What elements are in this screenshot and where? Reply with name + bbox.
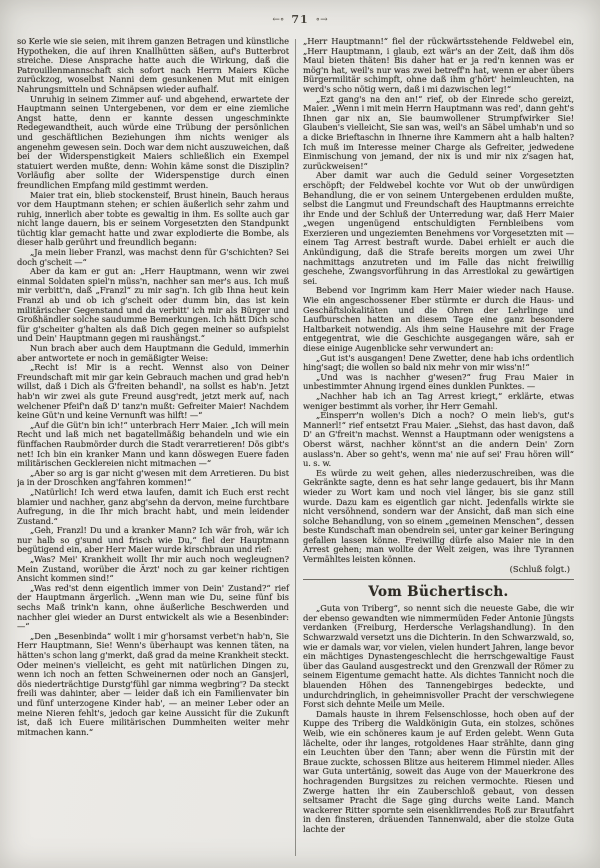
paragraph: so Kerle wie sie seien, mit ihrem ganzen… <box>17 37 289 95</box>
paragraph: „Einsperr'n wollen's Dich a noch? O mein… <box>303 411 574 469</box>
paragraph: „Auf die Güt'n bin ich!“ unterbrach Herr… <box>17 421 289 469</box>
paragraph: „Den „Besenbinda“ wollt i mir g'horsamst… <box>17 632 289 738</box>
text-columns: so Kerle wie sie seien, mit ihrem ganzen… <box>17 37 586 858</box>
paragraph: „Ja mein lieber Franzl, was machst denn … <box>17 248 289 267</box>
left-ornament-icon: ←∘ <box>265 15 291 25</box>
paragraph: „Was? Mei' Krankheit wollt Ihr mir auch … <box>17 555 289 584</box>
paragraph: Maier trat ein, blieb stockensteif, Brus… <box>17 191 289 249</box>
paragraph: Damals hauste in ihrem Felsenschlosse, h… <box>303 710 574 835</box>
paragraph: „Was red'st denn eigentlich immer von De… <box>17 584 289 632</box>
page-number: 71 <box>291 13 308 26</box>
paragraph: „Geh, Franzl! Du und a kranker Mann? Ich… <box>17 526 289 555</box>
paragraph: Nun brach aber auch dem Hauptmann die Ge… <box>17 344 289 363</box>
paragraph: „Und was is nachher g'wesen?“ frug Frau … <box>303 373 574 392</box>
paragraph: „Gut ist's ausgangen! Dene Zwetter, dene… <box>303 354 574 373</box>
left-column: so Kerle wie sie seien, mit ihrem ganzen… <box>17 37 295 858</box>
paragraph: „Aber so arg is gar nicht g'wesen mit de… <box>17 469 289 488</box>
paragraph: Es würde zu weit gehen, alles niederzusc… <box>303 469 574 565</box>
section-divider-rule <box>303 579 574 580</box>
paragraph: „Recht is! Mir is a recht. Wennst also v… <box>17 363 289 421</box>
right-ornament-icon: ∘→ <box>309 15 335 25</box>
paragraph: Unruhig in seinem Zimmer auf- und abgehe… <box>17 95 289 191</box>
paragraph: „Nachher hab ich an Tag Arrest kriegt,“ … <box>303 392 574 411</box>
right-column: „Herr Hauptmann!“ fiel der rückwärtssteh… <box>296 37 574 858</box>
paragraph: Aber damit war auch die Geduld seiner Vo… <box>303 171 574 286</box>
paragraph: „Guta von Triberg“, so nennt sich die ne… <box>303 604 574 710</box>
page-header: ←∘71∘→ <box>0 13 600 26</box>
paragraph: Bebend vor Ingrimm kam Herr Maier wieder… <box>303 286 574 353</box>
scanned-newspaper-page: ←∘71∘→ so Kerle wie sie seien, mit ihrem… <box>0 0 600 868</box>
paragraph: Aber da kam er gut an: „Herr Hauptmann, … <box>17 267 289 344</box>
section-title: Vom Büchertisch. <box>303 584 574 600</box>
paragraph: „Ezt gang's na den an!“ rief, ob der Ein… <box>303 95 574 172</box>
paragraph: „Natürlich! Ich werd etwa laufen, damit … <box>17 488 289 526</box>
story-end-note: (Schluß folgt.) <box>303 565 574 575</box>
paragraph: „Herr Hauptmann!“ fiel der rückwärtssteh… <box>303 37 574 95</box>
